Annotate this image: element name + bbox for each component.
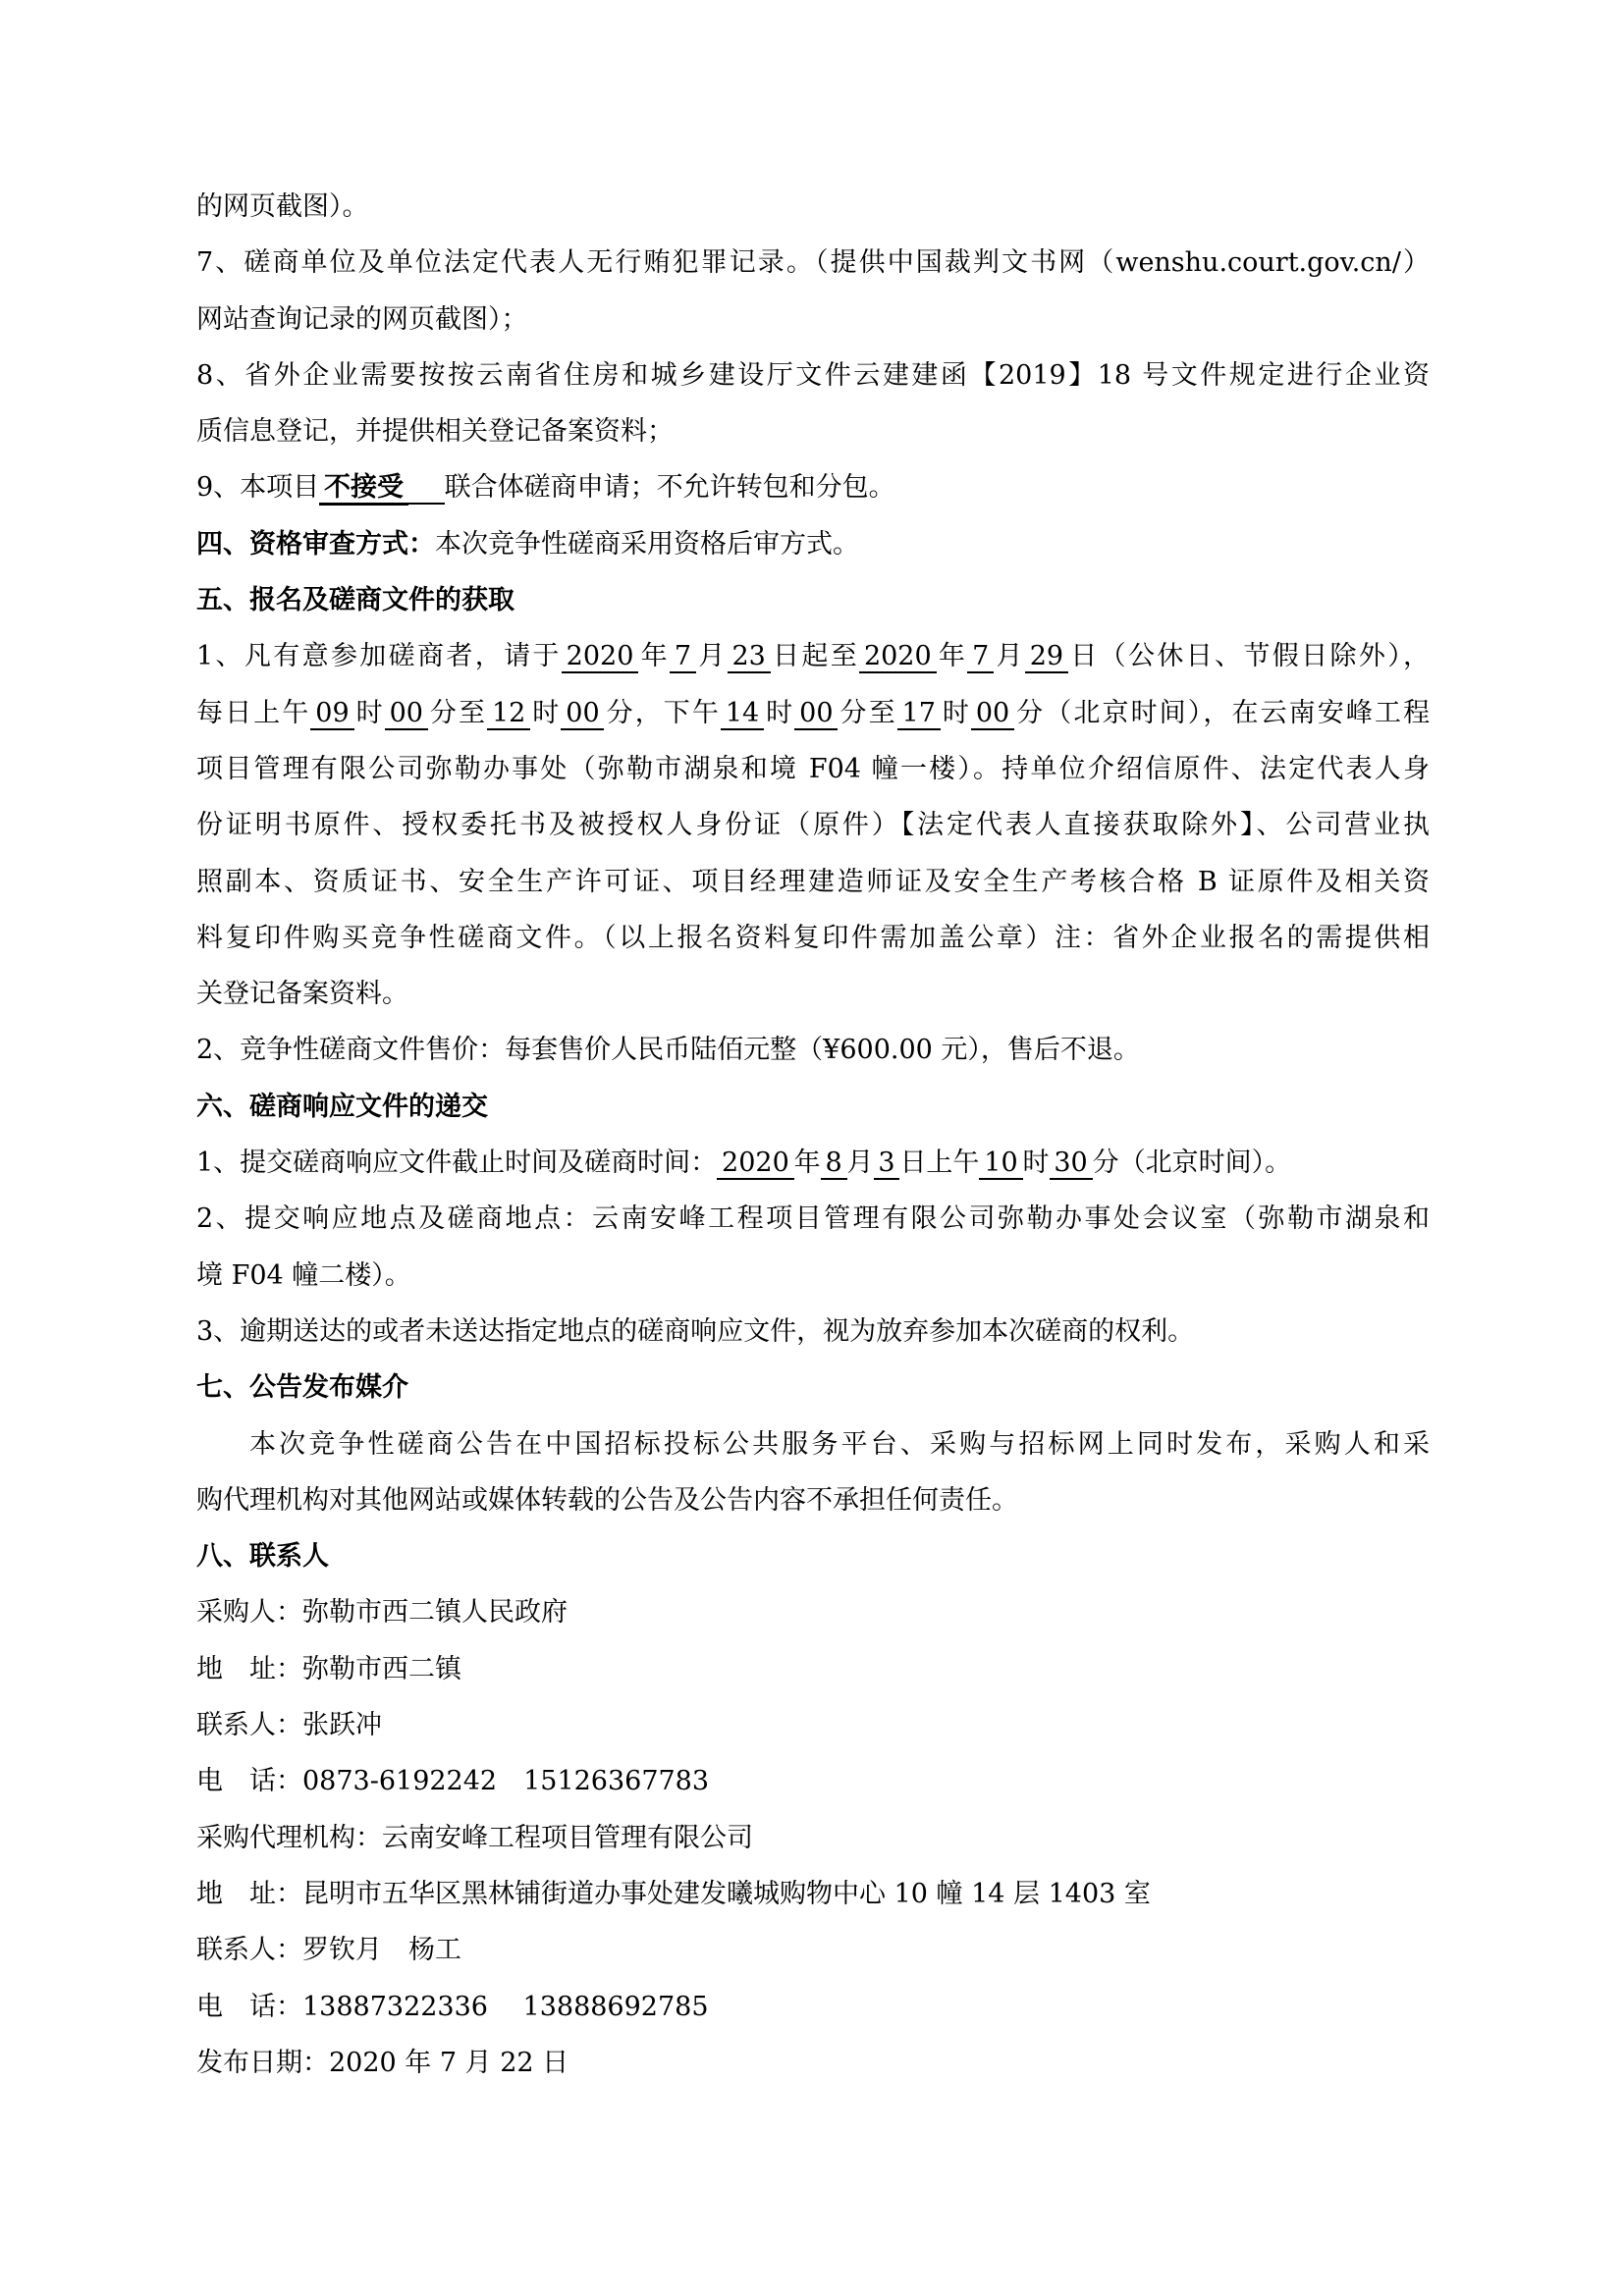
- item-7: 7、磋商单位及单位法定代表人无行贿犯罪记录。（提供中国裁判文书网（wenshu.…: [196, 235, 1430, 291]
- text-segment: 30: [1050, 1148, 1093, 1180]
- text-segment: 采购代理机构：云南安峰工程项目管理有限公司: [196, 1823, 753, 1853]
- text-segment: 分，下午: [604, 698, 721, 728]
- text-segment: 购代理机构对其他网站或媒体转载的公告及公告内容不承担任何责任。: [196, 1485, 1018, 1516]
- text-segment: 2、提交响应地点及磋商地点：云南安峰工程项目管理有限公司弥勒办事处会议室（弥勒市…: [196, 1203, 1430, 1234]
- text-segment: 发布日期：2020 年 7 月 22 日: [196, 2048, 568, 2078]
- section-5-item-1-line-1: 1、凡有意参加磋商者，请于2020年7月23日起至2020年7月29日（公休日、…: [196, 628, 1430, 684]
- text-segment: 采购人：弥勒市西二镇人民政府: [196, 1597, 568, 1628]
- text-segment: 00: [385, 698, 428, 730]
- section-6-item-3: 3、逾期送达的或者未送达指定地点的磋商响应文件，视为放弃参加本次磋商的权利。: [196, 1304, 1430, 1360]
- text-segment: 1、提交磋商响应文件截止时间及磋商时间：: [196, 1148, 717, 1178]
- text-segment: 月: [696, 641, 728, 671]
- text-segment: 3、逾期送达的或者未送达指定地点的磋商响应文件，视为放弃参加本次磋商的权利。: [196, 1316, 1194, 1347]
- text-segment: 10: [979, 1148, 1022, 1180]
- section-5-item-1-line-2: 每日上午09时00分至12时00分，下午14时00分至17时00分（北京时间），…: [196, 685, 1430, 741]
- text-segment: 日（公休日、节假日除外），: [1068, 641, 1430, 671]
- text-segment: 本次竞争性磋商公告在中国招标投标公共服务平台、采购与招标网上同时发布，采购人和采: [249, 1429, 1430, 1460]
- text-segment: 3: [874, 1148, 900, 1180]
- text-segment: 联合体磋商申请；不允许转包和分包。: [445, 472, 895, 503]
- purchaser-contact-person: 联系人：张跃冲: [196, 1697, 1430, 1753]
- text-segment: 14: [721, 698, 764, 730]
- text-segment: 09: [310, 698, 353, 730]
- text-segment: [408, 472, 445, 505]
- section-5-item-1-line-5: 照副本、资质证书、安全生产许可证、项目经理建造师证及安全生产考核合格 B 证原件…: [196, 854, 1430, 910]
- text-segment: 2020: [859, 641, 936, 673]
- agency-contact-person: 联系人：罗钦月 杨工: [196, 1922, 1430, 1978]
- section-6-item-2-line-2: 境 F04 幢二楼）。: [196, 1248, 1430, 1304]
- text-segment: 年: [638, 641, 670, 671]
- text-segment: 29: [1025, 641, 1068, 673]
- text-segment: 电 话：0873-6192242 15126367783: [196, 1766, 709, 1796]
- section-7-paragraph-line-1: 本次竞争性磋商公告在中国招标投标公共服务平台、采购与招标网上同时发布，采购人和采: [196, 1416, 1430, 1472]
- text-segment: 7: [670, 641, 696, 673]
- item-6-continuation: 的网页截图）。: [196, 179, 1430, 235]
- item-8: 8、省外企业需要按按云南省住房和城乡建设厅文件云建建函【2019】18 号文件规…: [196, 347, 1430, 403]
- section-6-item-2-line-1: 2、提交响应地点及磋商地点：云南安峰工程项目管理有限公司弥勒办事处会议室（弥勒市…: [196, 1191, 1430, 1247]
- text-segment: 00: [971, 698, 1014, 730]
- text-segment: 联系人：张跃冲: [196, 1710, 382, 1740]
- purchaser-name: 采购人：弥勒市西二镇人民政府: [196, 1584, 1430, 1640]
- text-segment: 地 址：昆明市五华区黑林铺街道办事处建发曦城购物中心 10 幢 14 层 140…: [196, 1879, 1151, 1909]
- text-segment: 电 话：13887322336 13888692785: [196, 1992, 709, 2022]
- text-segment: 8: [821, 1148, 847, 1180]
- text-segment: 地 址：弥勒市西二镇: [196, 1654, 461, 1684]
- text-segment: 网站查询记录的网页截图）；: [196, 304, 528, 335]
- section-5-item-1-line-6: 料复印件购买竞争性磋商文件。（以上报名资料复印件需加盖公章）注：省外企业报名的需…: [196, 910, 1430, 966]
- text-segment: 分至: [428, 698, 487, 728]
- section-5-item-2: 2、竞争性磋商文件售价：每套售价人民币陆佰元整（¥600.00 元），售后不退。: [196, 1022, 1430, 1078]
- document-page: 的网页截图）。7、磋商单位及单位法定代表人无行贿犯罪记录。（提供中国裁判文书网（…: [0, 0, 1624, 2296]
- section-6-item-1: 1、提交磋商响应文件截止时间及磋商时间：2020年8月3日上午10时30分（北京…: [196, 1135, 1430, 1191]
- text-segment: 1、凡有意参加磋商者，请于: [196, 641, 562, 671]
- text-segment: 境 F04 幢二楼）。: [196, 1260, 411, 1291]
- text-segment: 本次竞争性磋商采用资格后审方式。: [435, 529, 859, 560]
- text-segment: 时: [354, 698, 385, 728]
- text-segment: 七、公告发布媒介: [196, 1372, 408, 1403]
- text-segment: 年: [794, 1148, 821, 1178]
- text-segment: 7: [967, 641, 994, 673]
- text-segment: 项目管理有限公司弥勒办事处（弥勒市湖泉和境 F04 幢一楼）。持单位介绍信原件、…: [196, 754, 1430, 784]
- text-segment: 照副本、资质证书、安全生产许可证、项目经理建造师证及安全生产考核合格 B 证原件…: [196, 867, 1430, 897]
- item-9: 9、本项目不接受 联合体磋商申请；不允许转包和分包。: [196, 459, 1430, 515]
- text-segment: 17: [897, 698, 941, 730]
- text-segment: 2020: [717, 1148, 793, 1180]
- text-segment: 00: [794, 698, 838, 730]
- text-segment: 料复印件购买竞争性磋商文件。（以上报名资料复印件需加盖公章）注：省外企业报名的需…: [196, 923, 1430, 953]
- text-segment: 12: [487, 698, 530, 730]
- text-segment: 8、省外企业需要按按云南省住房和城乡建设厅文件云建建函【2019】18 号文件规…: [196, 360, 1430, 391]
- item-7-continuation: 网站查询记录的网页截图）；: [196, 292, 1430, 347]
- text-segment: 分（北京时间）。: [1093, 1148, 1292, 1178]
- agency-phone: 电 话：13887322336 13888692785: [196, 1979, 1430, 2035]
- text-segment: 时: [764, 698, 794, 728]
- text-segment: 年: [937, 641, 968, 671]
- text-segment: 月: [847, 1148, 874, 1178]
- text-segment: 日起至: [771, 641, 859, 671]
- text-segment: 八、联系人: [196, 1541, 329, 1572]
- text-segment: 9、本项目: [196, 472, 319, 503]
- text-segment: 分至: [838, 698, 896, 728]
- text-segment: 质信息登记，并提供相关登记备案资料；: [196, 416, 674, 447]
- text-segment: 份证明书原件、授权委托书及被授权人身份证（原件）【法定代表人直接获取除外】、公司…: [196, 810, 1430, 840]
- text-segment: 月: [994, 641, 1025, 671]
- text-segment: 2020: [562, 641, 638, 673]
- purchaser-phone: 电 话：0873-6192242 15126367783: [196, 1753, 1430, 1809]
- text-segment: 时: [1023, 1148, 1050, 1178]
- section-8-heading: 八、联系人: [196, 1528, 1430, 1584]
- purchaser-address: 地 址：弥勒市西二镇: [196, 1641, 1430, 1697]
- text-segment: 四、资格审查方式：: [196, 529, 435, 560]
- section-4-qualification-review: 四、资格审查方式：本次竞争性磋商采用资格后审方式。: [196, 516, 1430, 572]
- text-segment: 日上午: [899, 1148, 979, 1178]
- agency-name: 采购代理机构：云南安峰工程项目管理有限公司: [196, 1810, 1430, 1866]
- section-5-heading: 五、报名及磋商文件的获取: [196, 572, 1430, 628]
- text-segment: 关登记备案资料。: [196, 979, 408, 1009]
- text-segment: 时: [530, 698, 561, 728]
- text-segment: 六、磋商响应文件的递交: [196, 1092, 488, 1122]
- text-segment: 五、报名及磋商文件的获取: [196, 585, 514, 615]
- text-segment: 每日上午: [196, 698, 310, 728]
- text-segment: 7、磋商单位及单位法定代表人无行贿犯罪记录。（提供中国裁判文书网（wenshu.…: [196, 247, 1430, 278]
- text-segment: 2、竞争性磋商文件售价：每套售价人民币陆佰元整（¥600.00 元），售后不退。: [196, 1035, 1140, 1065]
- section-5-item-1-line-4: 份证明书原件、授权委托书及被授权人身份证（原件）【法定代表人直接获取除外】、公司…: [196, 797, 1430, 853]
- text-segment: 23: [728, 641, 771, 673]
- section-7-heading: 七、公告发布媒介: [196, 1360, 1430, 1415]
- text-segment: 不接受: [319, 472, 408, 506]
- section-7-paragraph-line-2: 购代理机构对其他网站或媒体转载的公告及公告内容不承担任何责任。: [196, 1472, 1430, 1528]
- text-segment: 的网页截图）。: [196, 191, 369, 222]
- section-6-heading: 六、磋商响应文件的递交: [196, 1079, 1430, 1135]
- text-segment: 分（北京时间），在云南安峰工程: [1014, 698, 1430, 728]
- section-5-item-1-line-3: 项目管理有限公司弥勒办事处（弥勒市湖泉和境 F04 幢一楼）。持单位介绍信原件、…: [196, 741, 1430, 797]
- agency-address: 地 址：昆明市五华区黑林铺街道办事处建发曦城购物中心 10 幢 14 层 140…: [196, 1866, 1430, 1922]
- text-segment: 联系人：罗钦月 杨工: [196, 1935, 461, 1965]
- publish-date: 发布日期：2020 年 7 月 22 日: [196, 2035, 1430, 2091]
- item-8-continuation: 质信息登记，并提供相关登记备案资料；: [196, 403, 1430, 459]
- section-5-item-1-line-7: 关登记备案资料。: [196, 966, 1430, 1022]
- document-content: 的网页截图）。7、磋商单位及单位法定代表人无行贿犯罪记录。（提供中国裁判文书网（…: [196, 179, 1430, 2091]
- text-segment: 时: [941, 698, 971, 728]
- text-segment: 00: [561, 698, 604, 730]
